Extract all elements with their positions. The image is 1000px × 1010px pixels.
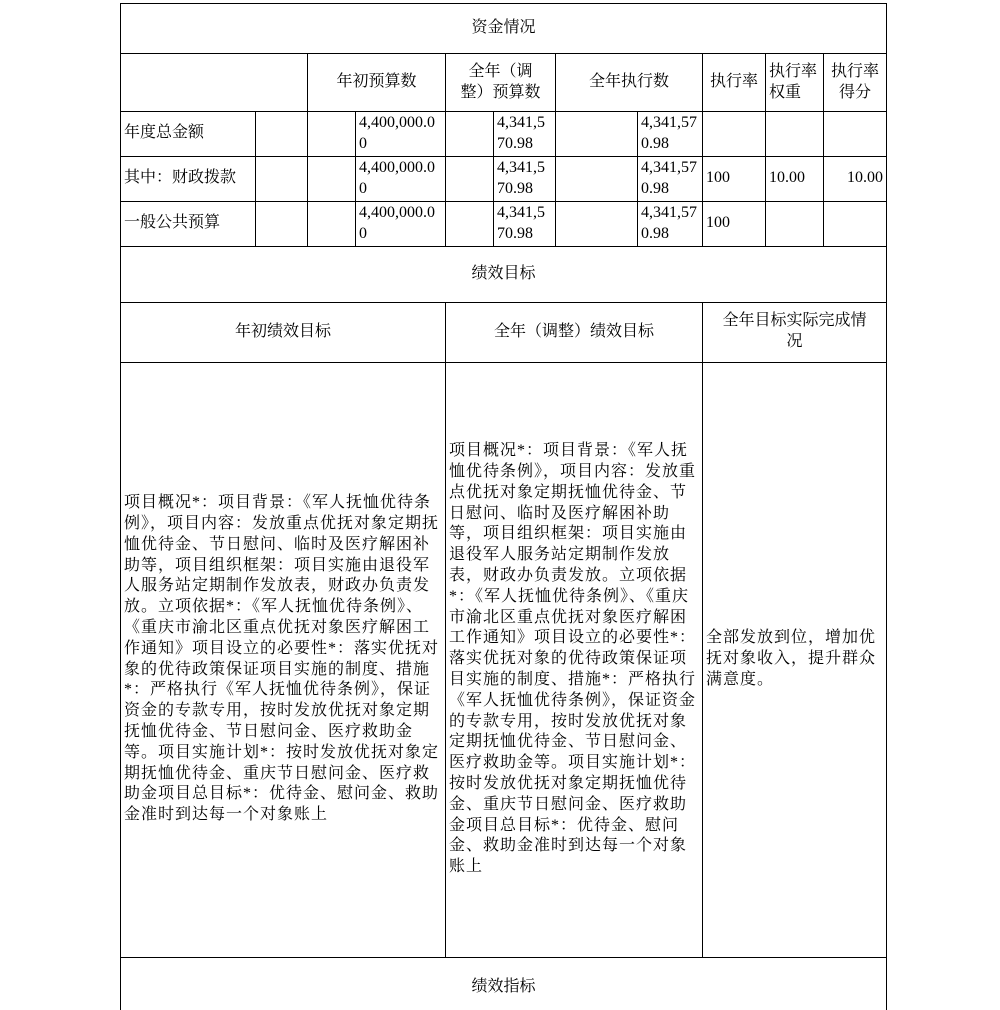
empty-cell (256, 156, 308, 201)
cell-initial-budget: 4,400,000.00 (356, 112, 446, 157)
empty-cell (446, 156, 494, 201)
blank-header-cell (121, 54, 308, 112)
cell-adjusted-budget: 4,341,570.98 (494, 156, 556, 201)
row-label-annual-total: 年度总金额 (121, 112, 256, 157)
cell-execution-rate: 100 (703, 156, 766, 201)
empty-cell (556, 112, 638, 157)
cell-initial-budget: 4,400,000.00 (356, 201, 446, 246)
cell-rate-score: 10.00 (824, 156, 887, 201)
cell-execution-rate (703, 112, 766, 157)
empty-cell (308, 156, 356, 201)
header-initial-goal: 年初绩效目标 (121, 302, 446, 362)
table-row: 年度总金额 4,400,000.00 4,341,570.98 4,341,57… (121, 112, 887, 157)
document-page: 资金情况 年初预算数 全年（调 整）预算数 全年执行数 执行率 执行率 权重 执… (0, 0, 1000, 1010)
header-annual-execution: 全年执行数 (556, 54, 703, 112)
row-label-general-public-budget: 一般公共预算 (121, 201, 256, 246)
table-row: 项目概况*：项目背景：《军人抚恤优待条例》，项目内容：发放重点优抚对象定期抚恤优… (121, 362, 887, 957)
cell-rate-score (824, 112, 887, 157)
header-adjusted-goal: 全年（调整）绩效目标 (446, 302, 703, 362)
empty-cell (308, 112, 356, 157)
cell-adjusted-budget: 4,341,570.98 (494, 112, 556, 157)
row-label-fiscal-appropriation: 其中：财政拨款 (121, 156, 256, 201)
cell-execution-rate: 100 (703, 201, 766, 246)
header-actual-completion: 全年目标实际完成情 况 (703, 302, 887, 362)
cell-rate-weight (766, 112, 824, 157)
header-execution-rate: 执行率 (703, 54, 766, 112)
cell-initial-budget: 4,400,000.00 (356, 156, 446, 201)
header-initial-budget: 年初预算数 (308, 54, 446, 112)
funding-section-title: 资金情况 (121, 4, 887, 54)
header-execution-rate-weight: 执行率 权重 (766, 54, 824, 112)
cell-actual-completion-text: 全部发放到位，增加优抚对象收入，提升群众满意度。 (703, 362, 887, 957)
goals-section-title: 绩效目标 (121, 246, 887, 302)
performance-report-table: 资金情况 年初预算数 全年（调 整）预算数 全年执行数 执行率 执行率 权重 执… (120, 3, 887, 1010)
empty-cell (556, 156, 638, 201)
empty-cell (256, 201, 308, 246)
empty-cell (446, 112, 494, 157)
cell-rate-score (824, 201, 887, 246)
header-execution-rate-score: 执行率 得分 (824, 54, 887, 112)
cell-annual-execution: 4,341,570.98 (638, 112, 703, 157)
cell-rate-weight (766, 201, 824, 246)
empty-cell (446, 201, 494, 246)
empty-cell (256, 112, 308, 157)
header-adjusted-budget: 全年（调 整）预算数 (446, 54, 556, 112)
empty-cell (308, 201, 356, 246)
table-row: 其中：财政拨款 4,400,000.00 4,341,570.98 4,341,… (121, 156, 887, 201)
cell-rate-weight: 10.00 (766, 156, 824, 201)
cell-adjusted-goal-text: 项目概况*：项目背景：《军人抚恤优待条例》，项目内容：发放重点优抚对象定期抚恤优… (446, 362, 703, 957)
cell-initial-goal-text: 项目概况*：项目背景：《军人抚恤优待条例》，项目内容：发放重点优抚对象定期抚恤优… (121, 362, 446, 957)
cell-adjusted-budget: 4,341,570.98 (494, 201, 556, 246)
cell-annual-execution: 4,341,570.98 (638, 201, 703, 246)
cell-annual-execution: 4,341,570.98 (638, 156, 703, 201)
table-row: 一般公共预算 4,400,000.00 4,341,570.98 4,341,5… (121, 201, 887, 246)
indicators-section-title: 绩效指标 (121, 957, 887, 1010)
empty-cell (556, 201, 638, 246)
